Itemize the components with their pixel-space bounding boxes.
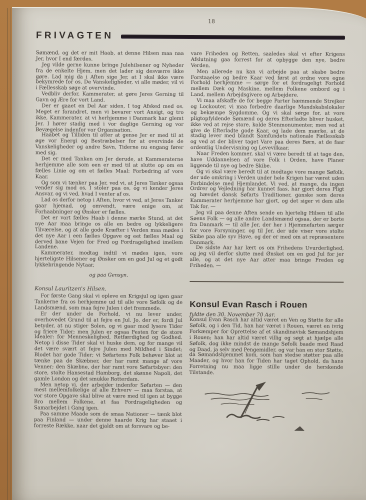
- paragraph: Men netop vi, der arbejder indenfor Søfa…: [34, 383, 182, 413]
- page-stack-edge: [7, 8, 8, 500]
- page-number: 18: [208, 19, 215, 25]
- paragraph: Og vi skal være beredt til at modtage vo…: [190, 170, 344, 212]
- paragraph: Jeg vilde gerne kunne bringe Julehilsene…: [36, 63, 184, 93]
- article-title: Konsul Evan Rasch i Rouen: [190, 299, 344, 310]
- page-stack-edge: [10, 8, 11, 500]
- article-divider: [190, 281, 344, 283]
- magazine-page: 18 FRIVAGTEN Sømænd, og det er mit Haab,…: [12, 7, 366, 500]
- paragraph: Kammerater, modtag indtil vi mødes igen,…: [35, 251, 183, 269]
- paragraph: Og som vi tænker paa Jer, ved vi, at Jer…: [35, 181, 183, 199]
- paragraph: Det er vort fælles Haab i denne mørke St…: [35, 216, 183, 252]
- paragraph: Er der under de Forhold, vi nu lever und…: [34, 312, 182, 383]
- paragraph: Haabet og Tilliden til atter at gense Je…: [35, 134, 183, 158]
- paragraph: Men allerede nu kan vi arbejde paa at sk…: [191, 70, 345, 100]
- paragraph: Vi maa afskaffe de for begge Parter hæmm…: [190, 99, 344, 153]
- article-body: Konsul Evan Rasch har altid været en Ven…: [189, 318, 343, 378]
- paragraph: Naar Freden kommer, skal vi være beredt …: [190, 152, 344, 170]
- text-columns: Sømænd, og det er mit Haab, at denne Hil…: [34, 51, 351, 436]
- section-heading: Konsul Lauritzen's Hilsen.: [35, 286, 183, 293]
- masthead-rule: [121, 35, 345, 40]
- page-content: 18 FRIVAGTEN Sømænd, og det er mit Haab,…: [34, 13, 351, 436]
- paragraph: Det er med Tanken om Jer derude, at Kamm…: [35, 157, 183, 181]
- paragraph: For første Gang skal vi opleve en Krigsj…: [35, 294, 183, 312]
- paragraph: Jeg vil paa denne Aften sende en hjertel…: [190, 211, 344, 247]
- paragraph: vare Friheden og Retten, saaledes skal v…: [191, 52, 345, 70]
- scanned-magazine-photo: 18 FRIVAGTEN Sømænd, og det er mit Haab,…: [0, 0, 366, 500]
- paragraph: De sidste Aar har lært os om Frihedens U…: [190, 246, 344, 270]
- paragraph: Lad os derfor netop i Aften, hvor vi ved…: [35, 198, 183, 216]
- paragraph: Der er gaaet en Del Aar siden, I tog Afs…: [35, 104, 183, 134]
- right-column: vare Friheden og Retten, saaledes skal v…: [189, 52, 345, 436]
- masthead: FRIVAGTEN: [36, 30, 345, 43]
- sunken-ship-sketch-icon: [199, 381, 343, 436]
- paragraph: Paa samme Maade som de smaa Nationer — t…: [34, 412, 182, 430]
- masthead-title: FRIVAGTEN: [36, 30, 114, 41]
- left-column: Sømænd, og det er mit Haab, at denne Hil…: [34, 51, 184, 435]
- signoff: og paa Gensyn.: [35, 273, 183, 280]
